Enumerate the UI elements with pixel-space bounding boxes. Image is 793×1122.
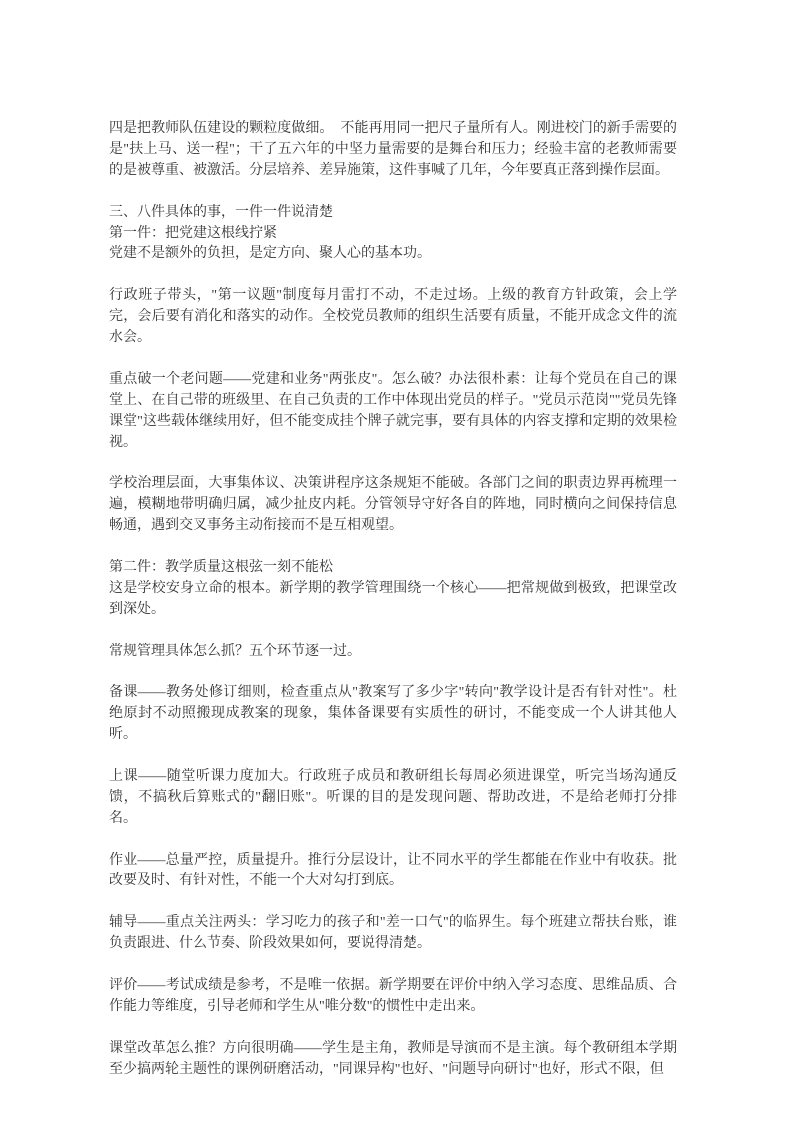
- paragraph-school-governance: 学校治理层面，大事集体议、决策讲程序这条规矩不能破。各部门之间的职责边界再梳理一…: [109, 474, 677, 537]
- paragraph-lesson-preparation: 备课——教务处修订细则，检查重点从"教案写了多少字"转向"教学设计是否有针对性"…: [109, 683, 677, 746]
- paragraph-tutoring: 辅导——重点关注两头：学习吃力的孩子和"差一口气"的临界生。每个班建立帮扶台账，…: [109, 913, 677, 955]
- paragraph-section3-heading-and-item1: 三、八件具体的事，一件一件说清楚 第一件：把党建这根线拧紧 党建不是额外的负担，…: [109, 203, 677, 266]
- paragraph-item2-teaching-quality: 第二件：教学质量这根弦一刻不能松 这是学校安身立命的根本。新学期的教学管理围绕一…: [109, 558, 677, 621]
- paragraph-five-links-intro: 常规管理具体怎么抓？五个环节逐一过。: [109, 642, 677, 663]
- paragraph-homework: 作业——总量严控，质量提升。推行分层设计，让不同水平的学生都能在作业中有收获。批…: [109, 851, 677, 893]
- paragraph-classroom-reform: 课堂改革怎么推？方向很明确——学生是主角，教师是导演而不是主演。每个教研组本学期…: [109, 1039, 677, 1081]
- paragraph-classroom-observation: 上课——随堂听课力度加大。行政班子成员和教研组长每周必须进课堂，听完当场沟通反馈…: [109, 767, 677, 830]
- paragraph-admin-first-topic: 行政班子带头，"第一议题"制度每月雷打不动，不走过场。上级的教育方针政策，会上学…: [109, 286, 677, 349]
- paragraph-evaluation: 评价——考试成绩是参考，不是唯一依据。新学期要在评价中纳入学习态度、思维品质、合…: [109, 976, 677, 1018]
- paragraph-party-business-two-skins: 重点破一个老问题——党建和业务"两张皮"。怎么破？办法很朴素：让每个党员在自己的…: [109, 370, 677, 454]
- paragraph-teacher-granularity: 四是把教师队伍建设的颗粒度做细。 不能再用同一把尺子量所有人。刚进校门的新手需要…: [109, 119, 677, 182]
- document-body: 四是把教师队伍建设的颗粒度做细。 不能再用同一把尺子量所有人。刚进校门的新手需要…: [109, 119, 677, 1081]
- document-page: 四是把教师队伍建设的颗粒度做细。 不能再用同一把尺子量所有人。刚进校门的新手需要…: [0, 0, 793, 1122]
